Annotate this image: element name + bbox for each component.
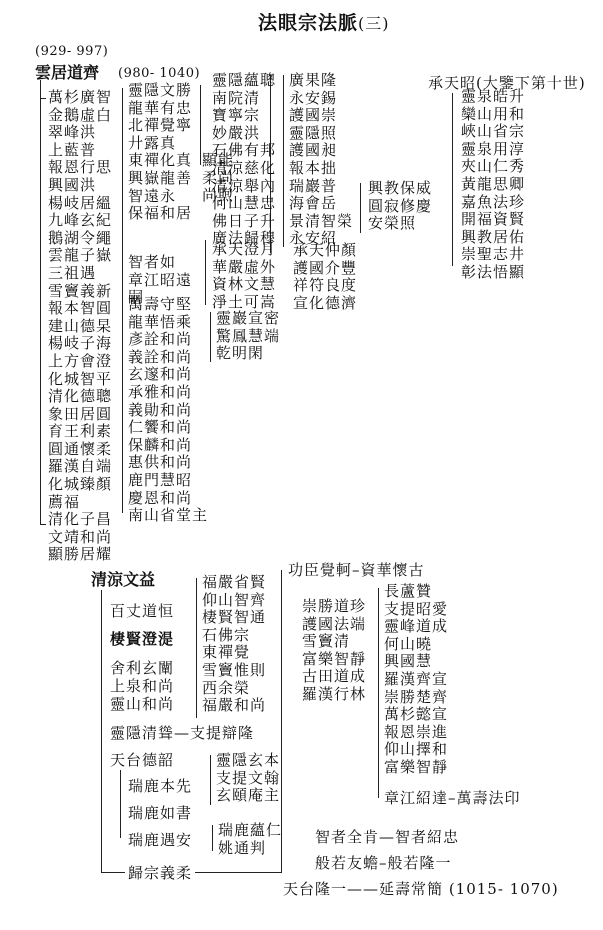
chengtian-disciples: 靈泉皓升欒山用和峽山省宗靈泉用淳夾山仁秀黃龍思卿嘉魚法珍開福資賢興教居佑崇聖志井… <box>461 88 525 282</box>
list-item: 雪竇惟則 <box>202 662 266 680</box>
list-item: 雲龍子嶽 <box>48 247 112 265</box>
list-item: 龍華有忠 <box>128 100 192 118</box>
list-item: 西余榮 <box>202 680 266 698</box>
list-item: 佛日子升 <box>212 213 276 231</box>
list-item: 峽山省宗 <box>461 123 525 141</box>
list-item: 圓通懷柔 <box>48 441 112 459</box>
list-item: 九峰玄紀 <box>48 212 112 230</box>
yunju-disciples: 萬杉廣智金鵝虛白翠峰洪上藍普報恩行思興國洪楊岐居縕九峰玄紀鵝湖令繩雲龍子嶽三祖遇… <box>48 89 112 564</box>
list-item: 護國昶 <box>289 142 353 160</box>
list-item: 三祖遇 <box>48 265 112 283</box>
col4-bracket <box>283 75 284 247</box>
col4-right: 興教保威圓寂修慶安榮照 <box>368 180 432 233</box>
list-item: 何山曉 <box>384 636 448 654</box>
list-item: 福嚴省賢 <box>202 574 266 592</box>
list-item: 資林文慧 <box>212 276 276 294</box>
list-item: 靈泉用淳 <box>461 141 525 159</box>
list-item: 長蘆贊 <box>384 583 448 601</box>
list-item: 羅漢齊宣 <box>384 671 448 689</box>
right-list: 崇勝道珍護國法端雪竇清富樂智靜古田道成羅漢行林 <box>302 598 366 704</box>
list-item: 護國法端 <box>302 616 366 634</box>
list-item: 楊岐居縕 <box>48 195 112 213</box>
list-item: 開福資賢 <box>461 211 525 229</box>
list-item: 興嶽龍善 <box>128 170 192 188</box>
list-item: 廣果隆 <box>289 72 353 90</box>
list-item: 玄邃和尚 <box>128 366 208 384</box>
list-item: 安榮照 <box>368 215 432 233</box>
list-item: 石佛有邦 <box>212 142 276 160</box>
tiantai-sub-2: 瑞鹿遇安 <box>128 829 192 850</box>
list-item: 羅漢自端 <box>48 458 112 476</box>
list-item: 保福和居 <box>128 205 192 223</box>
boruo-line: 般若友蟾–般若隆一 <box>315 852 452 873</box>
list-item: 彥詮和尚 <box>128 331 208 349</box>
list-item: 義勛和尚 <box>128 402 208 420</box>
list-item: 惠供和尚 <box>128 454 208 472</box>
list-item: 仰山智齊 <box>202 592 266 610</box>
list-item: 景清智榮 <box>289 213 353 231</box>
list-item: 翠峰洪 <box>48 124 112 142</box>
tiantai-sub-trunk <box>120 770 121 838</box>
lingyin-trunk <box>122 88 123 513</box>
list-item: 崇勝楚齊 <box>384 689 448 707</box>
list-item: 仁饗和尚 <box>128 419 208 437</box>
list-item: 靈峰道成 <box>384 618 448 636</box>
list-item: 護國介豐 <box>293 260 357 278</box>
tick <box>40 98 46 99</box>
yunju-master: 雲居道齊 <box>35 60 99 83</box>
list-item: 上方會澄 <box>48 353 112 371</box>
list-item: 石佛宗 <box>202 627 266 645</box>
list-item: 棲賢智通 <box>202 609 266 627</box>
col3-mid: 承天澄月華嚴虛外資林文慧淨土可嵩 <box>212 241 276 311</box>
yunju-trunk <box>40 80 41 525</box>
lingyin-lower: 萬壽守堅龍華悟乘彥詮和尚義詮和尚玄邃和尚承雅和尚義勛和尚仁饗和尚保麟和尚惠供和尚… <box>128 296 208 525</box>
list-item: 化城臻顏 <box>48 476 112 494</box>
zhizhe-line: 智者全肯—智者紹忠 <box>315 826 459 847</box>
yunju-dates: (929- 997) <box>35 44 108 59</box>
list-item: 承天澄月 <box>212 241 276 259</box>
list-item: 永安錫 <box>289 90 353 108</box>
list-item: 清涼慈化 <box>212 160 276 178</box>
qingliang-master: 清涼文益 <box>91 567 155 590</box>
list-item: 興教保威 <box>368 180 432 198</box>
child-baizhang: 百丈道恒 <box>110 600 174 621</box>
col3-top: 靈隱蘊聰南院清寶寧宗妙嚴洪石佛有邦清涼慈化清涼舉內何山慧忠佛日子升廣法歸穆 <box>212 72 276 248</box>
col4-right-bracket <box>360 183 361 233</box>
list-item: 龍華悟乘 <box>128 314 208 332</box>
list-item: 玄頤庵主 <box>216 787 280 805</box>
list-item: 古田道成 <box>302 668 366 686</box>
list-item: 保麟和尚 <box>128 437 208 455</box>
qingliang-trunk <box>101 590 102 873</box>
chengtian-trunk <box>452 93 453 266</box>
list-item: 寶寧宗 <box>212 107 276 125</box>
list-item: 羅漢行林 <box>302 686 366 704</box>
list-item: 興教居佑 <box>461 229 525 247</box>
list-item: 智遠永 <box>128 188 192 206</box>
list-item: 萬壽守堅 <box>128 296 208 314</box>
list-item: 靈隱蘊聰 <box>212 72 276 90</box>
luohan-bracket <box>378 588 379 798</box>
lingyin-right-bracket <box>200 85 201 165</box>
list-item: 東禪化真 <box>128 152 192 170</box>
list-item: 靈隱照 <box>289 125 353 143</box>
qixian-bracket <box>196 578 197 718</box>
tiantai-sub-1: 瑞鹿如書 <box>128 802 192 823</box>
list-item: 慶恩和尚 <box>128 490 208 508</box>
list-item: 報恩崇進 <box>384 724 448 742</box>
list-item: 嘉魚法珍 <box>461 194 525 212</box>
list-item: 圓寂修慶 <box>368 198 432 216</box>
list-item: 彰法悟顯 <box>461 264 525 282</box>
col3-mid-bracket <box>205 240 206 305</box>
list-item: 金鵝虛白 <box>48 107 112 125</box>
list-item: 章江昭遠 <box>128 272 192 290</box>
child-guizong: 歸宗義柔 <box>125 862 195 883</box>
list-item: 雪竇義新 <box>48 283 112 301</box>
list-item: 靈隱文勝 <box>128 82 192 100</box>
yanshou-line: 天台隆一——延壽常簡 (1015- 1070) <box>283 878 559 899</box>
list-item: 崇勝道珍 <box>302 598 366 616</box>
list-item: 姚通判 <box>218 840 282 858</box>
tick <box>40 524 46 525</box>
list-item: 清化子昌 <box>48 511 112 529</box>
list-item: 宣化德濟 <box>293 295 357 313</box>
list-item: 夾山仁秀 <box>461 158 525 176</box>
col3-low: 靈巖宣密驚鳳慧端乾明閑 <box>216 310 280 363</box>
list-item: 支提昭愛 <box>384 601 448 619</box>
list-item: 崇聖志井 <box>461 246 525 264</box>
list-item: 富樂智靜 <box>384 759 448 777</box>
yuan-disciples: 瑞鹿蘊仁姚通判 <box>218 822 282 857</box>
list-item: 萬杉廣智 <box>48 89 112 107</box>
gongchen-line: 功臣覺軻–資華懷古 <box>288 559 425 580</box>
list-item: 楊岐子海 <box>48 335 112 353</box>
list-item: 萬杉懿宣 <box>384 706 448 724</box>
list-item: 靈泉皓升 <box>461 88 525 106</box>
list-item: 報本智圓 <box>48 300 112 318</box>
col4-pairs: 承天仲顏護國介豐祥符良度宣化德濟 <box>293 242 357 312</box>
zhangjiang-line: 章江紹達–萬壽法印 <box>384 787 521 808</box>
list-item: 廾露真 <box>128 135 192 153</box>
list-item: 上藍普 <box>48 142 112 160</box>
lingyin-dates: (980- 1040) <box>118 66 200 81</box>
list-item: 文靖和尚 <box>48 529 112 547</box>
col3-low-bracket <box>210 312 211 362</box>
list-item: 靈巖宣密 <box>216 310 280 328</box>
list-item: 支提文翰 <box>216 770 280 788</box>
lingyin-disciples-top: 靈隱文勝龍華有忠北禪覺寧廾露真東禪化真興嶽龍善智遠永保福和居 <box>128 82 192 223</box>
page-title: 法眼宗法脈(三) <box>258 8 390 35</box>
list-item: 富樂智靜 <box>302 651 366 669</box>
list-item: 雪竇清 <box>302 633 366 651</box>
list-item: 建山德杲 <box>48 318 112 336</box>
list-item: 黃龍思卿 <box>461 176 525 194</box>
list-item: 欒山用和 <box>461 106 525 124</box>
list-item: 乾明閑 <box>216 345 280 363</box>
list-item: 鵝湖令繩 <box>48 230 112 248</box>
list-item: 承天仲顏 <box>293 242 357 260</box>
list-item: 清涼舉內 <box>212 178 276 196</box>
list-item: 顯勝居耀 <box>48 546 112 564</box>
yuan-bracket <box>212 825 213 851</box>
list-item: 護國崇 <box>289 107 353 125</box>
list-item: 南山省堂主 <box>128 507 208 525</box>
list-item: 薦福 <box>48 494 112 512</box>
list-item: 海會岳 <box>289 195 353 213</box>
list-item: 何山慧忠 <box>212 195 276 213</box>
list-item: 育王利素 <box>48 423 112 441</box>
list-item: 鹿門慧昭 <box>128 472 208 490</box>
tiantai-right-bracket <box>210 755 211 805</box>
list-item: 興國慧 <box>384 653 448 671</box>
list-item: 靈隱玄本 <box>216 752 280 770</box>
child-lingshan: 靈山和尚 <box>110 693 174 714</box>
child-lingyin-qingsong: 靈隱清聳—支提辯隆 <box>110 722 254 743</box>
list-item: 妙嚴洪 <box>212 125 276 143</box>
list-item: 瑞巖普 <box>289 178 353 196</box>
list-item: 驚鳳慧端 <box>216 328 280 346</box>
list-item: 南院清 <box>212 90 276 108</box>
list-item: 象田居圓 <box>48 406 112 424</box>
list-item: 報恩行思 <box>48 159 112 177</box>
list-item: 智者如 <box>128 254 192 272</box>
tiantai-right: 靈隱玄本支提文翰玄頤庵主 <box>216 752 280 805</box>
col4-top: 廣果隆永安錫護國崇靈隱照護國昶報本拙瑞巖普海會岳景清智榮永安紹 <box>289 72 353 248</box>
list-item: 北禪覺寧 <box>128 117 192 135</box>
list-item: 東禪覺 <box>202 644 266 662</box>
list-item: 義詮和尚 <box>128 349 208 367</box>
list-item: 承雅和尚 <box>128 384 208 402</box>
list-item: 化城智平 <box>48 371 112 389</box>
qixian-disciples: 福嚴省賢仰山智齊棲賢智通石佛宗東禪覺雪竇惟則西余榮福嚴和尚 <box>202 574 266 715</box>
child-qixian: 棲賢澄湜 <box>110 628 174 649</box>
list-item: 仰山擇和 <box>384 741 448 759</box>
tiantai-sub-0: 瑞鹿本先 <box>128 775 192 796</box>
list-item: 祥符良度 <box>293 277 357 295</box>
list-item: 福嚴和尚 <box>202 697 266 715</box>
list-item: 興國洪 <box>48 177 112 195</box>
luohan-disciples: 長蘆贊支提昭愛靈峰道成何山曉興國慧羅漢齊宣崇勝楚齊萬杉懿宣報恩崇進仰山擇和富樂智… <box>384 583 448 777</box>
list-item: 報本拙 <box>289 160 353 178</box>
list-item: 華嚴虛外 <box>212 259 276 277</box>
list-item: 清化德聰 <box>48 388 112 406</box>
list-item: 瑞鹿蘊仁 <box>218 822 282 840</box>
child-tiantai-deshao: 天台德韶 <box>110 749 174 770</box>
